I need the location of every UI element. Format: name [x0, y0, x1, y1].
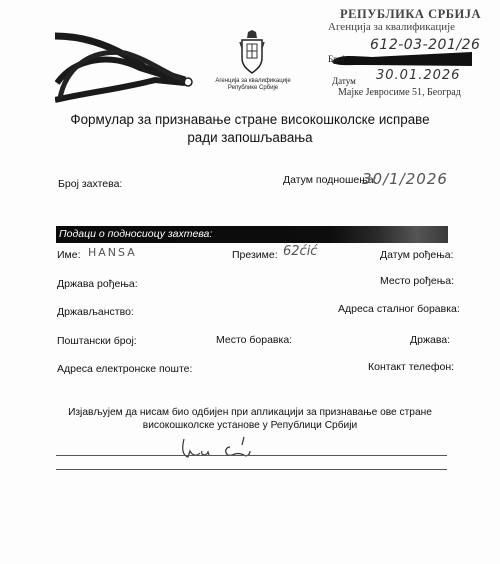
applicant-section-header: Подаци о подносиоцу захтева:	[56, 226, 448, 243]
birth-date-field[interactable]	[452, 249, 492, 261]
first-name-field[interactable]: HANSA	[88, 246, 137, 259]
birth-place-field[interactable]	[450, 275, 495, 287]
agency-name-line1: Агенција за квалификације	[200, 78, 306, 85]
signature-line	[56, 455, 447, 456]
agency-name: Агенција за квалификације Републике Срби…	[200, 78, 306, 92]
permanent-address-field[interactable]	[450, 303, 495, 315]
postal-code-label: Поштански број:	[57, 335, 137, 347]
coat-of-arms-icon	[238, 30, 266, 75]
email-label: Адреса електронске поште:	[57, 363, 192, 375]
residence-place-field[interactable]	[300, 334, 380, 346]
signature-mark[interactable]	[180, 433, 260, 461]
birth-country-field[interactable]	[140, 278, 290, 290]
stamp-date-label: Датум	[332, 76, 356, 86]
stamp-number-label: Број	[328, 54, 345, 64]
first-name-label: Име:	[57, 249, 81, 261]
email-field[interactable]	[185, 363, 335, 375]
country-label: Држава:	[410, 334, 450, 346]
declaration-line1: Изјављујем да нисам био одбијен при апли…	[0, 406, 500, 419]
stamp-date-value: 30.01.2026	[376, 68, 460, 83]
birth-date-label: Датум рођења:	[380, 249, 454, 261]
last-name-label: Презиме:	[232, 249, 278, 261]
request-number-label: Број захтева:	[58, 178, 122, 190]
birth-place-label: Место рођења:	[380, 275, 454, 287]
form-title-line2: ради запошљавања	[0, 130, 500, 145]
stamp-number-value: 612-03-201/26	[370, 37, 480, 53]
agency-logo-icon	[55, 28, 200, 103]
citizenship-label: Држављанство:	[57, 306, 134, 318]
birth-country-label: Држава рођења:	[57, 278, 138, 290]
residence-place-label: Место боравка:	[216, 334, 292, 346]
phone-label: Контакт телефон:	[368, 361, 454, 373]
bottom-rule	[56, 469, 447, 470]
country-field[interactable]	[452, 334, 492, 346]
redaction-mark	[332, 52, 472, 66]
citizenship-field[interactable]	[140, 306, 290, 318]
submission-date-field[interactable]: 30/1/2026	[362, 170, 448, 188]
agency-name-line2: Републике Србије	[200, 85, 306, 92]
stamp-address: Мајке Јевросиме 51, Београд	[338, 87, 461, 98]
registry-stamp: РЕПУБЛИКА СРБИЈА Агенција за квалификаци…	[318, 4, 493, 94]
permanent-address-label: Адреса сталног боравка:	[338, 303, 460, 315]
last-name-field[interactable]: 62ćić	[283, 244, 317, 259]
declaration-line2: високошколске установе у Републици Србиј…	[0, 419, 500, 432]
phone-field[interactable]	[450, 361, 495, 373]
stamp-line1: РЕПУБЛИКА СРБИЈА	[340, 7, 481, 22]
form-title-line1: Формулар за признавање стране високошкол…	[0, 112, 500, 127]
postal-code-field[interactable]	[140, 335, 210, 347]
stamp-line2: Агенција за квалификације	[328, 21, 455, 33]
applicant-section-title: Подаци о подносиоцу захтева:	[59, 228, 212, 240]
